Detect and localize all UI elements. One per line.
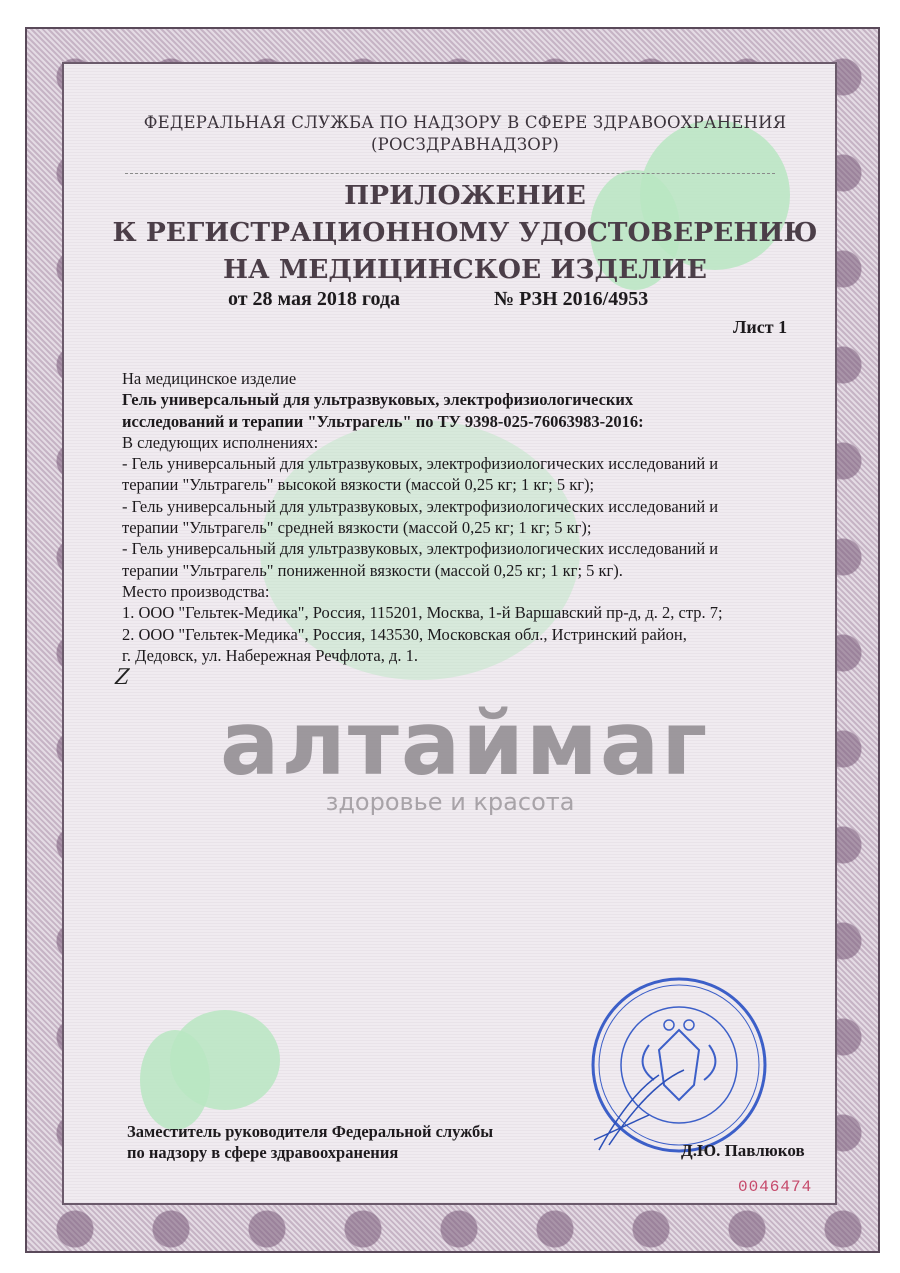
variant-item: - Гель универсальный для ультразвуковых,… [122, 496, 812, 539]
title-line: К РЕГИСТРАЦИОННОМУ УДОСТОВЕРЕНИЮ [100, 214, 830, 251]
variant-item: - Гель универсальный для ультразвуковых,… [122, 538, 812, 581]
variant-line: - Гель универсальный для ультразвуковых,… [122, 496, 812, 517]
issue-date: от 28 мая 2018 года [228, 288, 400, 311]
watermark-brand: алтаймаг [220, 692, 700, 795]
official-seal-icon [589, 975, 769, 1155]
variant-line: терапии "Ультрагель" средней вязкости (м… [122, 517, 812, 538]
variant-line: терапии "Ультрагель" пониженной вязкости… [122, 560, 812, 581]
header-divider [125, 173, 775, 174]
watermark-tagline: здоровье и красота [300, 788, 600, 816]
variant-line: терапии "Ультрагель" высокой вязкости (м… [122, 474, 812, 495]
signatory-title-line: по надзору в сфере здравоохранения [127, 1142, 493, 1163]
agency-abbr: (РОСЗДРАВНАДЗОР) [100, 134, 830, 156]
title-line: ПРИЛОЖЕНИЕ [100, 177, 830, 214]
sheet-number: Лист 1 [733, 317, 787, 338]
title-line: НА МЕДИЦИНСКОЕ ИЗДЕЛИЕ [100, 251, 830, 288]
registration-number: № РЗН 2016/4953 [494, 288, 648, 311]
production-site: 1. ООО "Гельтек-Медика", Россия, 115201,… [122, 602, 812, 623]
production-site: г. Дедовск, ул. Набережная Речфлота, д. … [122, 645, 812, 666]
document-body: На медицинское изделие Гель универсальны… [122, 368, 812, 666]
signatory-title-line: Заместитель руководителя Федеральной слу… [127, 1121, 493, 1142]
signatory-title: Заместитель руководителя Федеральной слу… [127, 1121, 493, 1163]
document-title: ПРИЛОЖЕНИЕ К РЕГИСТРАЦИОННОМУ УДОСТОВЕРЕ… [100, 177, 830, 288]
agency-header: ФЕДЕРАЛЬНАЯ СЛУЖБА ПО НАДЗОРУ В СФЕРЕ ЗД… [100, 112, 830, 156]
intro-text: На медицинское изделие [122, 368, 812, 389]
agency-name: ФЕДЕРАЛЬНАЯ СЛУЖБА ПО НАДЗОРУ В СФЕРЕ ЗД… [100, 112, 830, 134]
serial-number: 0046474 [738, 1178, 812, 1196]
production-site: 2. ООО "Гельтек-Медика", Россия, 143530,… [122, 624, 812, 645]
production-header: Место производства: [122, 581, 812, 602]
variant-item: - Гель универсальный для ультразвуковых,… [122, 453, 812, 496]
signatory-name: Д.Ю. Павлюков [681, 1141, 805, 1161]
variant-line: - Гель универсальный для ультразвуковых,… [122, 538, 812, 559]
variants-header: В следующих исполнениях: [122, 432, 812, 453]
product-name: исследований и терапии "Ультрагель" по Т… [122, 411, 812, 432]
product-name: Гель универсальный для ультразвуковых, э… [122, 389, 812, 410]
variant-line: - Гель универсальный для ультразвуковых,… [122, 453, 812, 474]
